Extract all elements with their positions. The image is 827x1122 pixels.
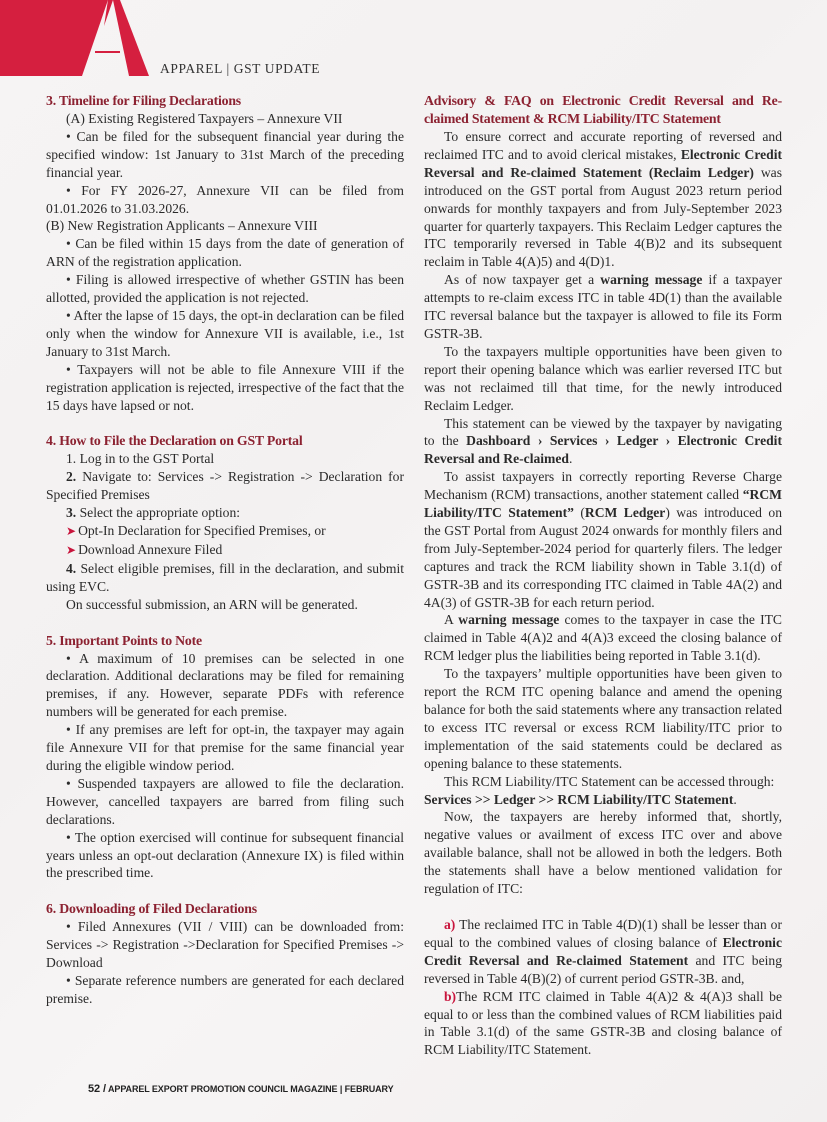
bullet: • Suspended taxpayers are allowed to fil… (46, 775, 404, 829)
option-opt-in: ➤Opt-In Declaration for Specified Premis… (46, 522, 404, 541)
bullet: • Taxpayers will not be able to file Ann… (46, 361, 404, 415)
apparel-logo-icon (0, 0, 160, 80)
bullet: • Separate reference numbers are generat… (46, 972, 404, 1008)
left-column: 3. Timeline for Filing Declarations (A) … (46, 92, 404, 1008)
paragraph: To the taxpayers’ multiple opportunities… (424, 665, 782, 772)
bullet: • Can be filed for the subsequent financ… (46, 128, 404, 182)
navigation-path: Services >> Ledger >> RCM Liability/ITC … (424, 791, 782, 809)
bullet: • After the lapse of 15 days, the opt-in… (46, 307, 404, 361)
section-heading: 6. Downloading of Filed Declarations (46, 900, 404, 918)
section-how-to-file: 4. How to File the Declaration on GST Po… (46, 432, 404, 613)
paragraph: A warning message comes to the taxpayer … (424, 611, 782, 665)
paragraph: To assist taxpayers in correctly reporti… (424, 468, 782, 611)
validation-b: b)The RCM ITC claimed in Table 4(A)2 & 4… (424, 988, 782, 1060)
section-timeline: 3. Timeline for Filing Declarations (A) … (46, 92, 404, 414)
paragraph: To the taxpayers multiple opportunities … (424, 343, 782, 415)
advisory-heading: Advisory & FAQ on Electronic Credit Reve… (424, 92, 782, 128)
paragraph: Now, the taxpayers are hereby informed t… (424, 808, 782, 898)
step-4: 4. Select eligible premises, fill in the… (46, 560, 404, 596)
subheading-existing: (A) Existing Registered Taxpayers – Anne… (46, 110, 404, 128)
section-label: APPAREL | GST UPDATE (160, 61, 320, 77)
paragraph: As of now taxpayer get a warning message… (424, 271, 782, 343)
bullet: • Can be filed within 15 days from the d… (46, 235, 404, 271)
bullet: • If any premises are left for opt-in, t… (46, 721, 404, 775)
section-important-points: 5. Important Points to Note • A maximum … (46, 632, 404, 883)
bullet: • For FY 2026-27, Annexure VII can be fi… (46, 182, 404, 218)
step-result: On successful submission, an ARN will be… (46, 596, 404, 614)
bullet: • Filed Annexures (VII / VIII) can be do… (46, 918, 404, 972)
step-2: 2. Navigate to: Services -> Registration… (46, 468, 404, 504)
step-1: 1. Log in to the GST Portal (46, 450, 404, 468)
paragraph: To ensure correct and accurate reporting… (424, 128, 782, 271)
section-heading: 4. How to File the Declaration on GST Po… (46, 432, 404, 450)
option-download: ➤Download Annexure Filed (46, 541, 404, 560)
right-column: Advisory & FAQ on Electronic Credit Reve… (424, 92, 782, 1059)
page-footer: 52 / APPAREL EXPORT PROMOTION COUNCIL MA… (88, 1083, 394, 1095)
bullet: • Filing is allowed irrespective of whet… (46, 271, 404, 307)
arrow-bullet-icon: ➤ (66, 543, 76, 557)
section-heading: 5. Important Points to Note (46, 632, 404, 650)
subheading-new: (B) New Registration Applicants – Annexu… (46, 217, 404, 235)
step-3: 3. Select the appropriate option: (46, 504, 404, 522)
page-number: 52 / (88, 1083, 106, 1095)
validation-a: a) The reclaimed ITC in Table 4(D)(1) sh… (424, 916, 782, 988)
bullet: • A maximum of 10 premises can be select… (46, 650, 404, 722)
section-heading: 3. Timeline for Filing Declarations (46, 92, 404, 110)
paragraph: This RCM Liability/ITC Statement can be … (424, 773, 782, 791)
footer-text: APPAREL EXPORT PROMOTION COUNCIL MAGAZIN… (106, 1084, 394, 1094)
paragraph: This statement can be viewed by the taxp… (424, 415, 782, 469)
arrow-bullet-icon: ➤ (66, 524, 76, 538)
bullet: • The option exercised will continue for… (46, 829, 404, 883)
section-downloading: 6. Downloading of Filed Declarations • F… (46, 900, 404, 1008)
